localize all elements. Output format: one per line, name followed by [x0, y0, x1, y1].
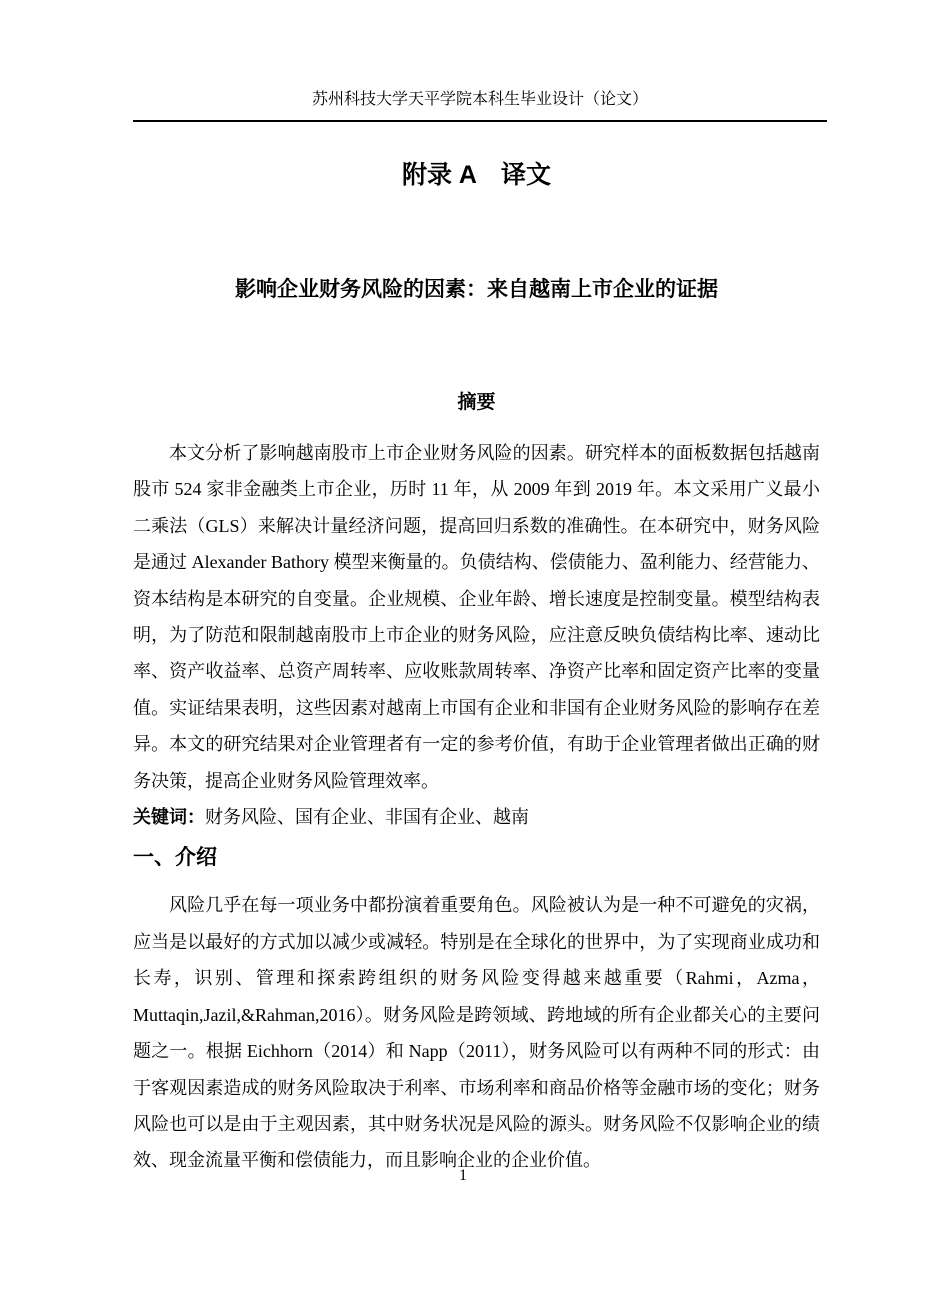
document-page: 苏州科技大学天平学院本科生毕业设计（论文） 附录 A 译文 影响企业财务风险的因…: [0, 0, 926, 1309]
abstract-paragraph: 本文分析了影响越南股市上市企业财务风险的因素。研究样本的面板数据包括越南股市 5…: [133, 435, 820, 799]
page-footer: 1: [0, 1166, 926, 1186]
page-content: 附录 A 译文 影响企业财务风险的因素：来自越南上市企业的证据 摘要 本文分析了…: [133, 122, 820, 1179]
keywords-label: 关键词：: [133, 807, 205, 827]
running-header: 苏州科技大学天平学院本科生毕业设计（论文）: [133, 90, 827, 122]
section-heading-introduction: 一、介绍: [133, 845, 820, 871]
keywords-text: 财务风险、国有企业、非国有企业、越南: [205, 807, 529, 827]
running-header-text: 苏州科技大学天平学院本科生毕业设计（论文）: [312, 91, 648, 108]
page-number: 1: [459, 1167, 467, 1184]
article-title: 影响企业财务风险的因素：来自越南上市企业的证据: [133, 277, 820, 303]
introduction-paragraph: 风险几乎在每一项业务中都扮演着重要角色。风险被认为是一种不可避免的灾祸，应当是以…: [133, 887, 820, 1178]
keywords-line: 关键词：财务风险、国有企业、非国有企业、越南: [133, 799, 820, 835]
abstract-heading: 摘要: [133, 391, 820, 415]
appendix-title: 附录 A 译文: [133, 160, 820, 190]
